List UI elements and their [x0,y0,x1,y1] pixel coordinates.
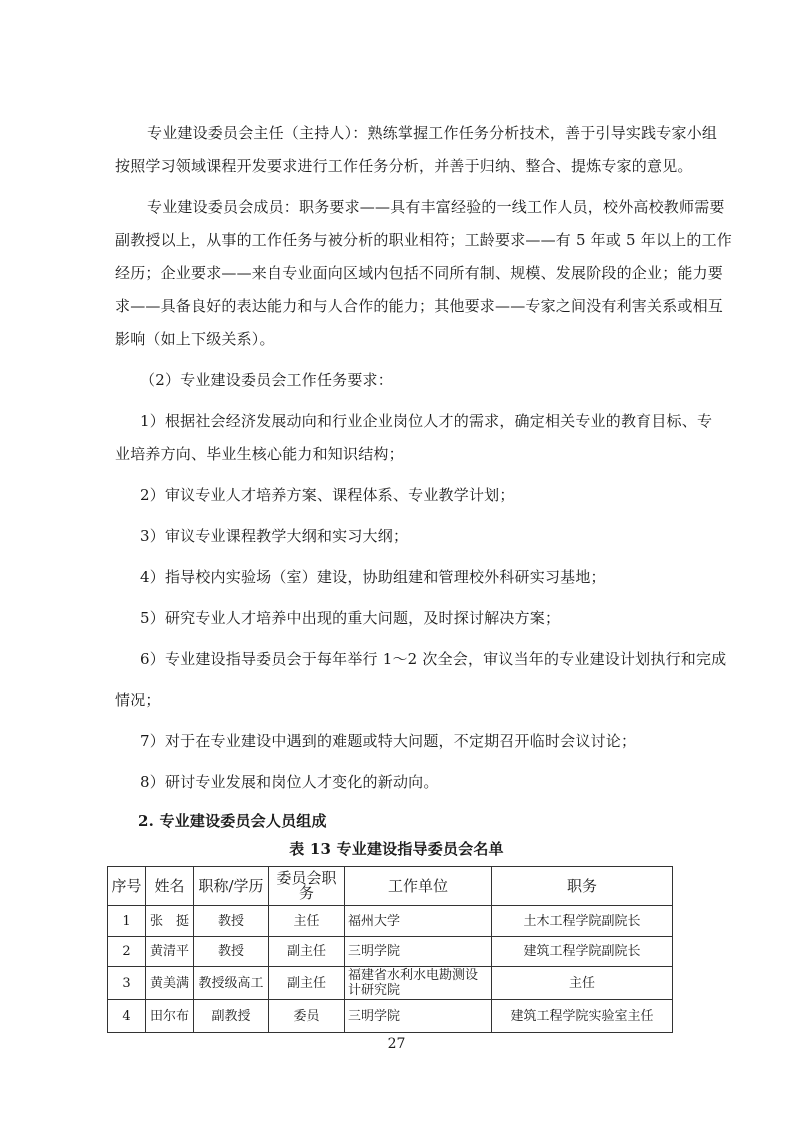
header-position: 职务 [492,867,673,906]
task-1-line-2: 业培养方向、毕业生核心能力和知识结构； [115,445,404,463]
task-6-line-1: 6）专业建设指导委员会于每年举行 1～2 次全会，审议当年的专业建设计划执行和完… [140,650,726,668]
header-name: 姓名 [146,867,194,906]
members-line-4: 求——具备良好的表达能力和与人合作的能力；其他要求——专家之间没有利害关系或相互 [115,297,723,315]
cell-name: 黄清平 [146,937,194,967]
cell-name: 田尔布 [146,1000,194,1033]
cell-committee-role: 副主任 [269,967,345,1000]
header-employer: 工作单位 [345,867,492,906]
table-row: 2 黄清平 教授 副主任 三明学院 建筑工程学院副院长 [108,937,673,967]
members-line-1: 专业建设委员会成员：职务要求——具有丰富经验的一线工作人员，校外高校教师需要 [147,198,725,216]
cell-title: 副教授 [194,1000,269,1033]
cell-index: 2 [108,937,146,967]
task-5: 5）研究专业人才培养中出现的重大问题，及时探讨解决方案； [140,609,560,627]
cell-committee-role: 主任 [269,906,345,937]
cell-committee-role: 副主任 [269,937,345,967]
page-number: 27 [0,1036,793,1052]
task-6-line-2: 情况； [115,691,161,709]
cell-index: 1 [108,906,146,937]
table-header-row: 序号 姓名 职称/学历 委员会职务 工作单位 职务 [108,867,673,906]
header-committee-role: 委员会职务 [269,867,345,906]
table-row: 4 田尔布 副教授 委员 三明学院 建筑工程学院实验室主任 [108,1000,673,1033]
task-2: 2）审议专业人才培养方案、课程体系、专业教学计划； [140,486,515,504]
cell-index: 3 [108,967,146,1000]
header-title: 职称/学历 [194,867,269,906]
cell-position: 主任 [492,967,673,1000]
task-7: 7）对于在专业建设中遇到的难题或特大问题，不定期召开临时会议讨论； [140,732,636,750]
cell-title: 教授级高工 [194,967,269,1000]
section-heading: 2. 专业建设委员会人员组成 [138,812,327,830]
cell-employer: 福州大学 [345,906,492,937]
cell-employer: 福建省水利水电勘测设计研究院 [345,967,492,1000]
task-3: 3）审议专业课程教学大纲和实习大纲； [140,527,408,545]
table-row: 1 张 挺 教授 主任 福州大学 土木工程学院副院长 [108,906,673,937]
cell-name: 张 挺 [146,906,194,937]
chair-line-1: 专业建设委员会主任（主持人）：熟练掌握工作任务分析技术，善于引导实践专家小组 [147,124,717,142]
cell-name: 黄美满 [146,967,194,1000]
committee-roster-table: 序号 姓名 职称/学历 委员会职务 工作单位 职务 1 张 挺 教授 主任 福州… [107,866,673,1033]
table-row: 3 黄美满 教授级高工 副主任 福建省水利水电勘测设计研究院 主任 [108,967,673,1000]
cell-title: 教授 [194,906,269,937]
cell-title: 教授 [194,937,269,967]
cell-employer: 三明学院 [345,937,492,967]
cell-position: 建筑工程学院实验室主任 [492,1000,673,1033]
cell-position: 建筑工程学院副院长 [492,937,673,967]
members-line-3: 经历；企业要求——来自专业面向区域内包括不同所有制、规模、发展阶段的企业；能力要 [115,264,723,282]
table-caption: 表 13 专业建设指导委员会名单 [0,840,793,858]
task-8: 8）研讨专业发展和岗位人才变化的新动向。 [140,773,439,791]
task-4: 4）指导校内实验场（室）建设，协助组建和管理校外科研实习基地； [140,568,606,586]
members-line-5: 影响（如上下级关系）。 [115,330,275,348]
cell-position: 土木工程学院副院长 [492,906,673,937]
task-1-line-1: 1）根据社会经济发展动向和行业企业岗位人才的需求，确定相关专业的教育目标、专 [140,412,712,430]
header-index: 序号 [108,867,146,906]
cell-committee-role: 委员 [269,1000,345,1033]
cell-employer: 三明学院 [345,1000,492,1033]
tasks-heading: （2）专业建设委员会工作任务要求： [140,371,393,389]
cell-index: 4 [108,1000,146,1033]
members-line-2: 副教授以上，从事的工作任务与被分析的职业相符；工龄要求——有 5 年或 5 年以… [115,231,732,249]
chair-line-2: 按照学习领域课程开发要求进行工作任务分析，并善于归纳、整合、提炼专家的意见。 [115,157,693,175]
